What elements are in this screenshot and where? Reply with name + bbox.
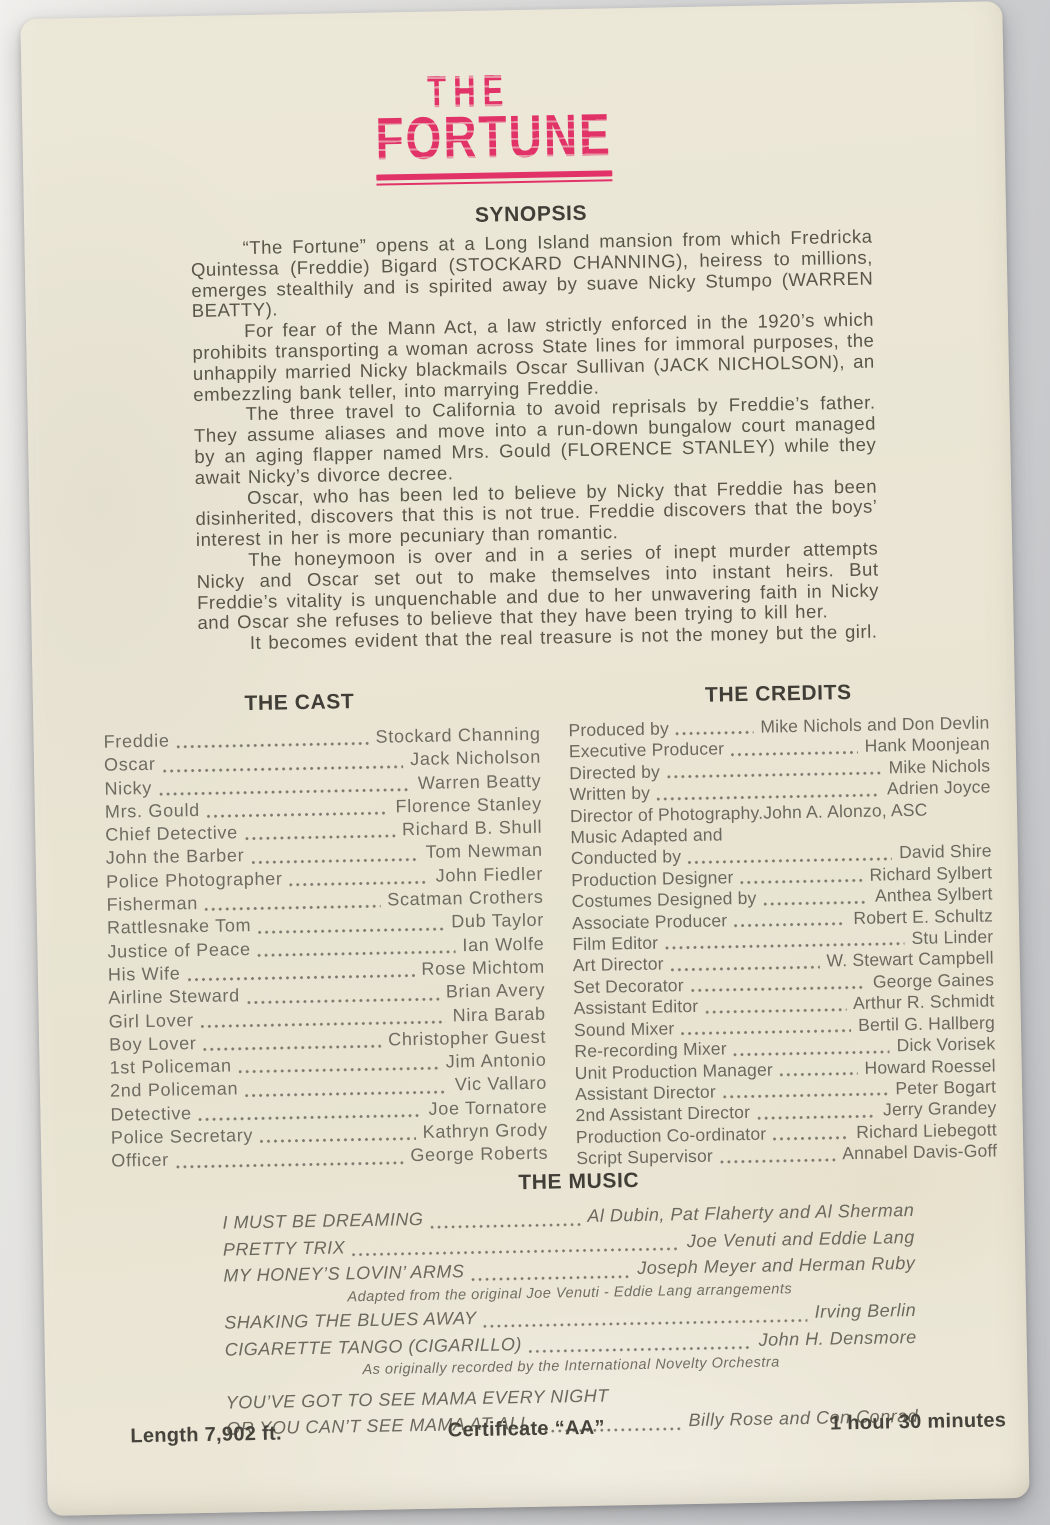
leader-dots: [731, 751, 858, 756]
leader-dots: [239, 1067, 439, 1074]
credit-person-name: W. Stewart Campbell: [826, 948, 994, 972]
credit-role: Executive Producer: [569, 739, 725, 763]
cast-actor-name: Florence Stanley: [395, 793, 542, 819]
credit-role: Associate Producer: [572, 910, 728, 934]
cast-actor-name: Kathryn Grody: [422, 1119, 548, 1145]
song-title: PRETTY TRIX: [223, 1234, 346, 1263]
cast-actor-name: John Fiedler: [435, 862, 543, 887]
cast-role: Oscar: [104, 753, 156, 777]
leader-dots: [734, 1050, 890, 1056]
leader-dots: [431, 1223, 581, 1229]
credit-person-name: Jerry Grandey: [883, 1098, 997, 1121]
film-logo-lockup: THE FORTUNE: [374, 80, 612, 185]
credit-role: Music Adapted and: [570, 824, 723, 848]
cast-actor-name: Jack Nicholson: [410, 746, 541, 772]
cast-section: THE CAST Freddie Stockard Channing Oscar…: [103, 686, 549, 1178]
leader-dots: [667, 772, 882, 779]
cast-actor-name: Scatman Crothers: [387, 886, 544, 912]
leader-dots: [723, 1093, 889, 1099]
cast-actor-name: Ian Wolfe: [462, 932, 544, 957]
credits-list: Produced by Mike Nichols and Don Devlin …: [568, 712, 997, 1169]
leader-dots: [529, 1346, 752, 1353]
cast-role: Police Photographer: [106, 867, 283, 894]
leader-dots: [757, 1114, 876, 1119]
cast-role: Nicky: [104, 776, 152, 800]
leader-dots: [665, 943, 904, 950]
logo-underline-thin: [376, 179, 612, 185]
leader-dots: [260, 1137, 416, 1143]
credit-person-name: Mike Nichols: [888, 755, 990, 778]
credit-role: Production Designer: [571, 867, 734, 891]
leader-dots: [245, 835, 395, 841]
credit-person-name: Annabel Davis-Goff: [842, 1141, 997, 1165]
cast-actor-name: Warren Beatty: [418, 769, 542, 795]
leader-dots: [207, 812, 389, 818]
cast-role: Airline Steward: [108, 985, 240, 1011]
leader-dots: [176, 1161, 404, 1168]
credit-role: Directed by: [569, 761, 660, 784]
cast-role: Chief Detective: [105, 821, 238, 847]
leader-dots: [251, 858, 418, 864]
leader-dots: [201, 1020, 446, 1027]
cast-role: 1st Policeman: [109, 1055, 232, 1081]
cast-role: Police Secretary: [111, 1124, 254, 1150]
cast-role: Freddie: [103, 730, 169, 755]
leader-dots: [163, 765, 404, 772]
cast-actor-name: Christopher Guest: [388, 1026, 546, 1052]
credit-role: Art Director: [573, 954, 664, 977]
credit-role: Re-recording Mixer: [574, 1038, 727, 1062]
leader-dots: [177, 742, 369, 749]
credit-role: Conducted by: [571, 847, 682, 870]
credit-person-name: Richard Liebegott: [856, 1119, 997, 1143]
runtime: 1 hour 30 minutes: [830, 1409, 1007, 1435]
credit-person-name: Hank Moonjean: [864, 734, 990, 758]
synopsis-paragraph: The honeymoon is over and in a series of…: [196, 538, 879, 634]
credit-role: Written by: [569, 783, 650, 806]
cast-role: John the Barber: [106, 845, 245, 871]
leader-dots: [741, 879, 863, 884]
cast-list: Freddie Stockard Channing Oscar Jack Nic…: [103, 723, 548, 1174]
leader-dots: [681, 1029, 851, 1035]
credit-person-name: Arthur R. Schmidt: [853, 991, 995, 1015]
composer-name: Joe Venuti and Eddie Lang: [687, 1223, 915, 1254]
credit-role: Production Co-ordinator: [576, 1123, 767, 1148]
leader-dots: [720, 1158, 835, 1163]
leader-dots: [734, 922, 846, 927]
cast-actor-name: Joe Tornatore: [428, 1095, 547, 1120]
composer-name: John H. Densmore: [758, 1323, 917, 1352]
credit-role: Unit Production Manager: [575, 1059, 774, 1084]
music-section: THE MUSIC I MUST BE DREAMING Al Dubin, P…: [222, 1163, 919, 1442]
credit-role: Costumes Designed by: [571, 888, 756, 913]
synopsis-section: SYNOPSIS “The Fortune” opens at a Long I…: [190, 196, 880, 655]
leader-dots: [676, 731, 753, 735]
credit-person-name: Robert E. Schultz: [853, 905, 993, 929]
cast-actor-name: Tom Newman: [425, 839, 542, 864]
leader-dots: [764, 900, 869, 905]
film-length: Length 7,902 ft.: [130, 1419, 490, 1449]
leader-dots: [258, 950, 456, 957]
cast-role: Detective: [110, 1102, 192, 1127]
song-title: I MUST BE DREAMING: [222, 1206, 423, 1236]
credit-role: Assistant Director: [575, 1081, 716, 1105]
credit-person-name: Dick Vorisek: [896, 1034, 995, 1057]
logo-word-fortune: FORTUNE: [375, 105, 612, 169]
cast-role: Justice of Peace: [107, 938, 251, 964]
cast-role: Mrs. Gould: [105, 799, 200, 824]
leader-dots: [705, 1008, 846, 1014]
synopsis-paragraphs: “The Fortune” opens at a Long Island man…: [190, 227, 880, 655]
cast-actor-name: Nira Barab: [452, 1002, 545, 1027]
leader-dots: [188, 974, 415, 981]
cast-actor-name: Vic Vallaro: [455, 1072, 547, 1097]
leader-dots: [245, 1090, 448, 1097]
photo-background: THE FORTUNE SYNOPSIS “The Fortune” opens…: [0, 0, 1050, 1525]
cast-actor-name: Dub Taylor: [451, 909, 544, 934]
pressbook-page: THE FORTUNE SYNOPSIS “The Fortune” opens…: [20, 1, 1029, 1516]
music-list: I MUST BE DREAMING Al Dubin, Pat Flahert…: [222, 1197, 918, 1442]
leader-dots: [205, 905, 380, 911]
synopsis-paragraph: The three travel to California to avoid …: [193, 393, 876, 489]
leader-dots: [688, 857, 892, 864]
certificate: Certificate “AA”: [448, 1417, 605, 1443]
leader-dots: [290, 881, 429, 887]
leader-dots: [204, 1045, 382, 1051]
credit-role: Produced by: [568, 718, 669, 741]
cast-actor-name: George Roberts: [410, 1142, 548, 1168]
leader-dots: [247, 997, 439, 1004]
credit-person-name: Anthea Sylbert: [875, 884, 993, 908]
cast-role: Officer: [111, 1149, 169, 1173]
synopsis-paragraph: “The Fortune” opens at a Long Island man…: [190, 227, 873, 323]
cast-actor-name: Stockard Channing: [375, 723, 540, 749]
credit-person-name: Richard Sylbert: [869, 862, 992, 886]
leader-dots: [472, 1275, 631, 1281]
leader-dots: [657, 793, 880, 800]
leader-dots: [691, 986, 866, 992]
credit-role: Sound Mixer: [574, 1018, 675, 1041]
leader-dots: [199, 1114, 422, 1121]
leader-dots: [671, 966, 820, 972]
composer-name: Irving Berlin: [814, 1297, 916, 1325]
credit-person-name: George Gaines: [873, 969, 995, 993]
credits-heading: THE CREDITS: [568, 677, 989, 711]
cast-role: Boy Lover: [109, 1032, 197, 1057]
cast-actor-name: Richard B. Shull: [402, 816, 543, 842]
cast-role: His Wife: [108, 962, 181, 987]
leader-dots: [780, 1072, 858, 1076]
composer-name: Joseph Meyer and Herman Ruby: [637, 1250, 916, 1282]
synopsis-paragraph: For fear of the Mann Act, a law strictly…: [192, 310, 875, 406]
credit-person-name: Stu Linder: [911, 927, 993, 950]
credit-role: Assistant Editor: [573, 996, 698, 1020]
cast-credits-columns: THE CAST Freddie Stockard Channing Oscar…: [103, 677, 998, 1178]
credit-person-name: John A. Alonzo, ASC: [763, 799, 928, 823]
cast-heading: THE CAST: [81, 686, 518, 720]
cast-role: Fisherman: [106, 892, 198, 917]
credits-section: THE CREDITS Produced by Mike Nichols and…: [568, 677, 998, 1169]
credit-role: Director of Photography.: [570, 802, 764, 827]
credit-person-name: Adrien Joyce: [887, 777, 991, 800]
credit-person-name: Peter Bogart: [895, 1076, 996, 1099]
cast-actor-name: Jim Antonio: [446, 1049, 547, 1074]
cast-role: Girl Lover: [109, 1009, 194, 1034]
cast-actor-name: Rose Michtom: [421, 956, 545, 982]
credit-person-name: Howard Roessel: [864, 1055, 996, 1079]
credit-person-name: David Shire: [899, 841, 992, 864]
film-logo: THE FORTUNE: [22, 73, 1006, 192]
cast-actor-name: Brian Avery: [446, 979, 546, 1004]
cast-role: Rattlesnake Tom: [107, 914, 252, 940]
credit-person-name: Bertil G. Hallberg: [858, 1012, 995, 1036]
leader-dots: [258, 927, 444, 933]
leader-dots: [159, 788, 411, 796]
credit-role: Film Editor: [572, 933, 658, 956]
cast-role: 2nd Policeman: [110, 1078, 239, 1104]
song-title: MY HONEY’S LOVIN’ ARMS: [223, 1258, 465, 1289]
leader-dots: [773, 1136, 849, 1140]
credit-role: Set Decorator: [573, 975, 684, 998]
